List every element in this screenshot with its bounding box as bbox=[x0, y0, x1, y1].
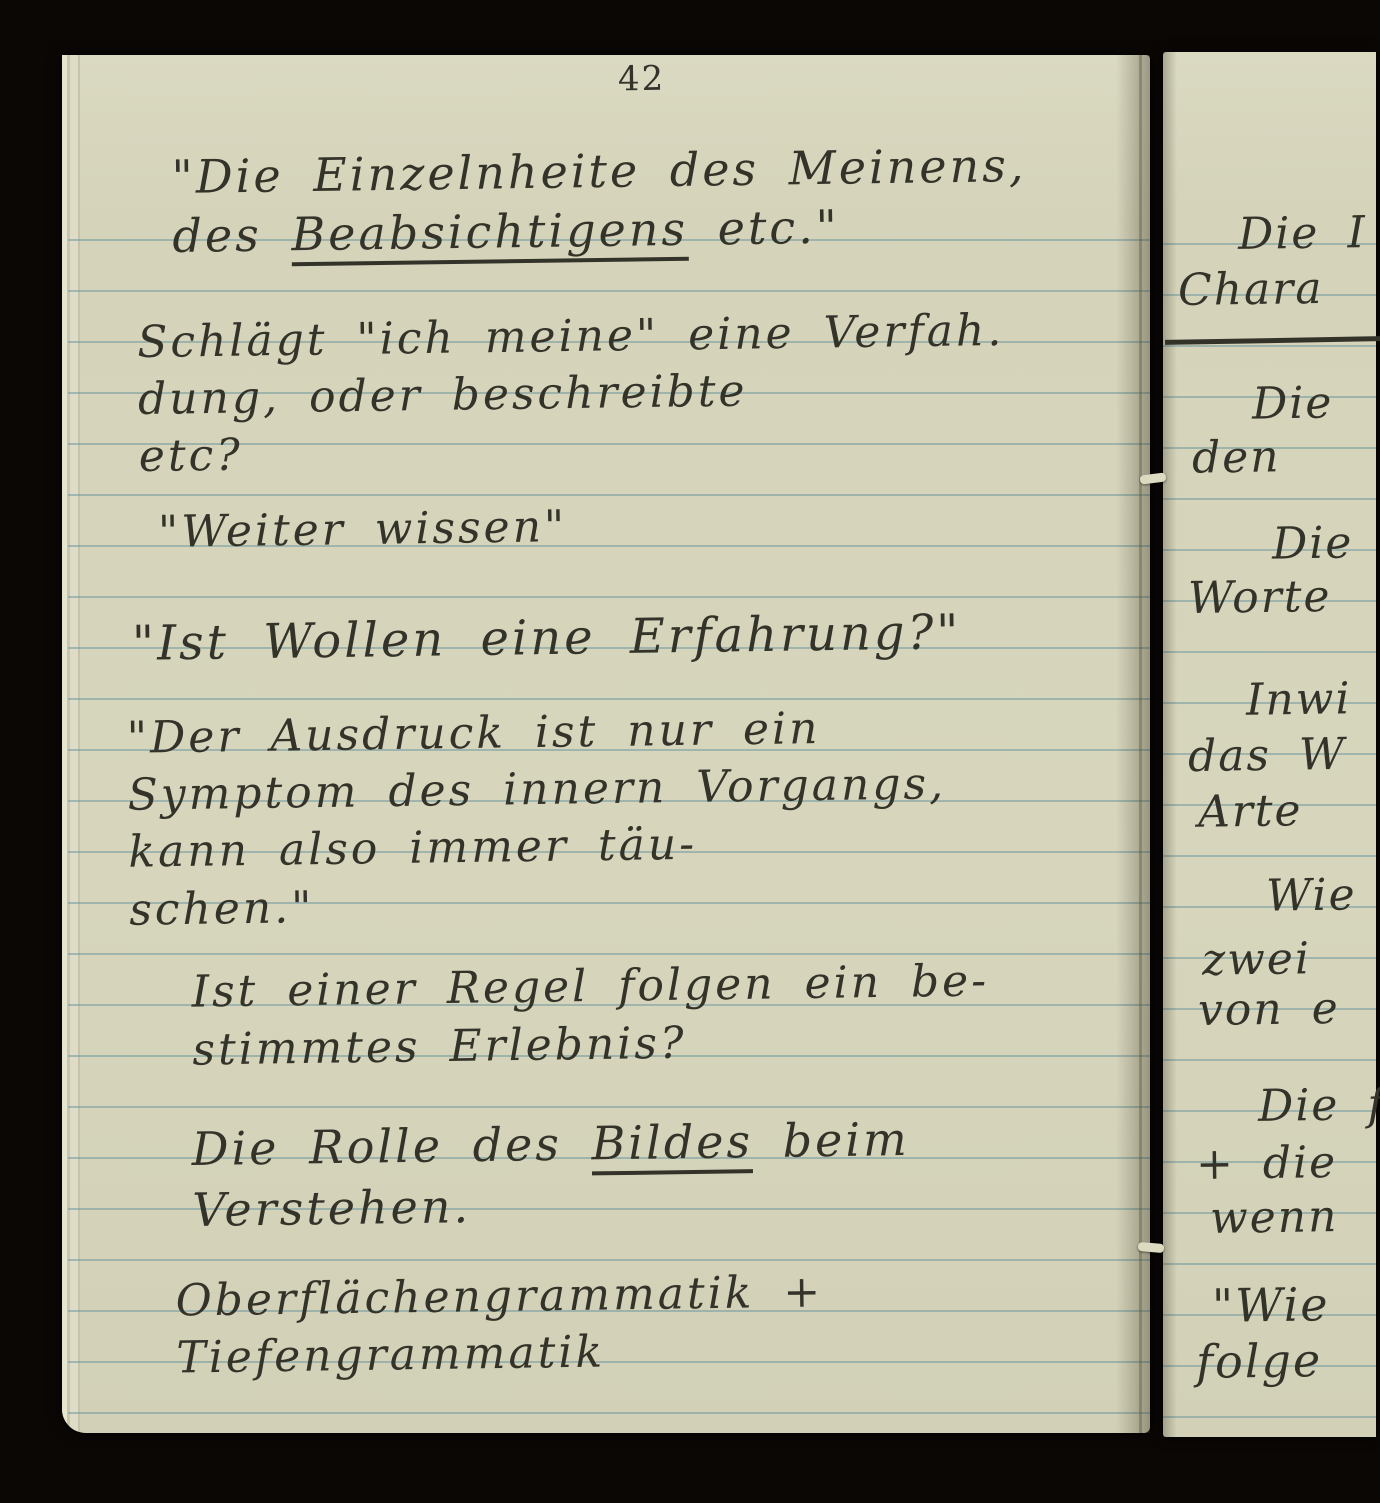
fragment-line: Arte bbox=[1198, 783, 1303, 841]
note-grammatik: Oberflächengrammatik + Tiefengrammatik bbox=[175, 1263, 824, 1386]
note-line: Ist einer Regel folgen ein be- bbox=[191, 952, 989, 1021]
fragment-line: zwei bbox=[1202, 931, 1312, 989]
note-line: Die Rolle des Bildes beim bbox=[191, 1109, 910, 1180]
note-text: des bbox=[172, 207, 292, 263]
note-line: "Ist Wollen eine Erfahrung?" bbox=[132, 602, 962, 675]
note-einzelheiten-des-meinens: "Die Einzelnheite des Meinens, des Beabs… bbox=[171, 136, 1027, 266]
fragment-line: den bbox=[1192, 429, 1281, 487]
note-weiter-wissen: "Weiter wissen" bbox=[158, 499, 568, 561]
note-line: schen." bbox=[129, 870, 948, 939]
fragment-line: Inwi bbox=[1246, 671, 1352, 729]
fragment-line: Die I bbox=[1238, 205, 1368, 263]
note-line: stimmtes Erlebnis? bbox=[192, 1011, 990, 1080]
manuscript-scan: 42 "Die Einzelnheite des Meinens, des Be… bbox=[0, 0, 1380, 1503]
note-regel-folgen-erlebnis: Ist einer Regel folgen ein be- stimmtes … bbox=[191, 952, 990, 1079]
page-number: 42 bbox=[618, 58, 666, 102]
fragment-line: "Wie bbox=[1212, 1275, 1330, 1336]
fragment-line: folge bbox=[1196, 1331, 1323, 1392]
note-ist-wollen-erfahrung: "Ist Wollen eine Erfahrung?" bbox=[132, 602, 962, 675]
fold-crease bbox=[1139, 55, 1142, 1433]
underlined-word: Beabsichtigens bbox=[291, 202, 688, 267]
underlined-word: Bildes bbox=[591, 1114, 753, 1175]
fragment-line: wenn bbox=[1210, 1189, 1339, 1247]
fragment-line: Chara bbox=[1178, 261, 1324, 319]
note-text: beim bbox=[753, 1112, 910, 1168]
note-line: des Beabsichtigens etc." bbox=[172, 195, 1028, 266]
fragment-line: Wie bbox=[1266, 867, 1357, 925]
note-text: etc." bbox=[688, 200, 841, 256]
note-rolle-des-bildes: Die Rolle des Bildes beim Verstehen. bbox=[191, 1109, 911, 1240]
note-schlaegt-ich-meine: Schlägt "ich meine" eine Verfah. dung, o… bbox=[137, 302, 1006, 486]
fragment-line: das W bbox=[1188, 727, 1347, 786]
fragment-line: + die bbox=[1196, 1135, 1338, 1193]
fragment-line: Die bbox=[1252, 375, 1334, 432]
fragment-line: von e bbox=[1198, 981, 1340, 1039]
note-line: "Die Einzelnheite des Meinens, bbox=[171, 136, 1027, 207]
note-line: Tiefengrammatik bbox=[176, 1321, 824, 1387]
fragment-line: Die bbox=[1272, 515, 1354, 572]
fragment-line: Worte bbox=[1188, 569, 1332, 627]
note-text: Die Rolle des bbox=[191, 1116, 592, 1176]
note-line: Verstehen. bbox=[192, 1170, 911, 1241]
note-line: Symptom des innern Vorgangs, bbox=[127, 755, 946, 824]
note-line: "Weiter wissen" bbox=[158, 499, 568, 561]
gutter-shadow bbox=[1116, 55, 1150, 1433]
note-ausdruck-symptom: "Der Ausdruck ist nur ein Symptom des in… bbox=[126, 698, 948, 938]
note-line: etc? bbox=[138, 416, 1006, 485]
gutter-shadow bbox=[1163, 52, 1177, 1437]
fragment-line: Die f bbox=[1258, 1077, 1380, 1135]
note-line: Oberflächengrammatik + bbox=[175, 1263, 823, 1329]
